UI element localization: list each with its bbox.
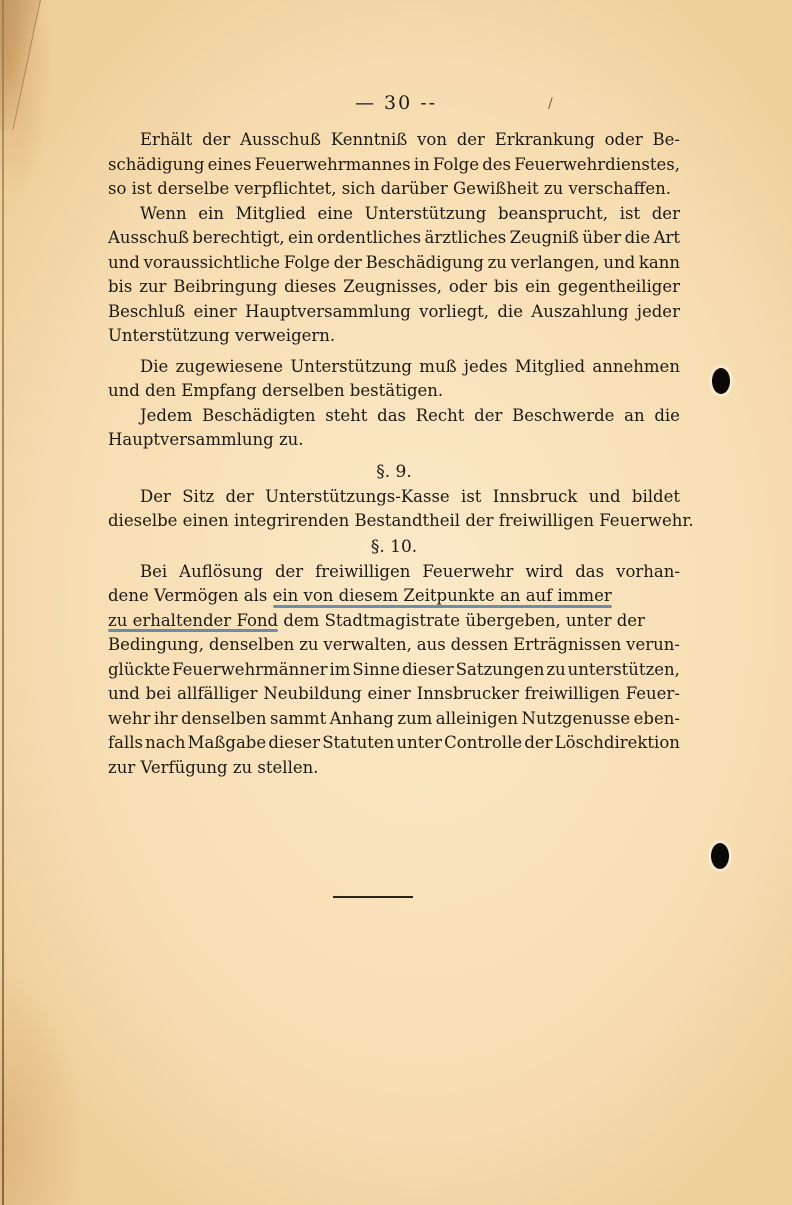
word: unter [396,731,442,756]
word: ärztliches [425,226,507,251]
word: der [652,202,680,227]
word: des [482,153,511,178]
word: die [654,404,680,429]
word: der [202,128,230,153]
word: aus [417,633,446,658]
word: dessen [451,633,509,658]
word: Beschädigung [366,251,484,276]
text-line: dene Vermögen als ein von diesem Zeitpun… [108,584,680,609]
word: kann [639,251,680,276]
word: Unterstützung [365,202,487,227]
word: Anhang [330,707,394,732]
word: nach [145,731,185,756]
word: zu [546,658,565,683]
word: ein [198,202,224,227]
word: Beibringung [173,275,277,300]
word: verwalten, [323,633,411,658]
word: denselben [181,707,266,732]
text-line: BeschlußeinerHauptversammlungvorliegt,di… [108,300,680,325]
text-line: dieselbe einen integrirenden Bestandthei… [108,509,680,534]
word: annehmen [592,355,680,380]
word: oder [449,275,487,300]
section-9-body: DerSitzderUnterstützungs-KasseistInnsbru… [108,485,680,534]
underlined-phrase: zu erhaltender Fond [108,609,278,634]
word: im [329,658,350,683]
word: allfälliger [177,682,257,707]
word: Folge [433,153,479,178]
word: der [524,731,552,756]
word: zu [488,251,507,276]
word: Maßgabe [188,731,266,756]
word: Kenntniß [331,128,407,153]
text-fragment: dem Stadtmagistrate übergeben, unter der [278,609,645,634]
word: Innsbruck [493,485,578,510]
word: ein [525,275,551,300]
paragraph-notification: ErhältderAusschußKenntnißvonderErkrankun… [108,128,680,202]
word: muß [419,355,456,380]
word: Nutzgenusse [522,707,631,732]
word: beansprucht, [498,202,608,227]
word: steht [325,404,367,429]
word: verlangen, [511,251,600,276]
word: schädigung [108,153,204,178]
word: Zeugnisses, [343,275,442,300]
section-10-body: BeiAuflösungderfreiwilligenFeuerwehrwird… [108,560,680,781]
word: Erträgnissen [513,633,621,658]
word: Beschädigten [202,404,316,429]
text-line: Ausschußberechtigt,einordentlichesärztli… [108,226,680,251]
text-line: ErhältderAusschußKenntnißvonderErkrankun… [108,128,680,153]
word: berechtigt, [192,226,284,251]
word: der [275,560,303,585]
word: verun- [626,633,680,658]
word: Mitglied [515,355,585,380]
word: alleinigen [436,707,518,732]
word: Feuerwehrmänner [172,658,327,683]
word: zum [397,707,432,732]
word: Controlle [444,731,522,756]
word: Löschdirektion [555,731,680,756]
word: vorliegt, [419,300,489,325]
word: Be- [653,128,680,153]
text-line: JedemBeschädigtenstehtdasRechtderBeschwe… [108,404,680,429]
word: eine [318,202,353,227]
word: gegentheiliger [558,275,680,300]
word: falls [108,731,143,756]
word: Neubildung [263,682,361,707]
word: dieses [284,275,336,300]
word: bis [494,275,518,300]
word: Feuerwehr [422,560,513,585]
word: denselben [209,633,294,658]
section-heading-10: §. 10. [108,534,680,560]
binding-hole [712,368,730,394]
word: zu [299,633,318,658]
word: wird [525,560,563,585]
text-line: so ist derselbe verpflichtet, sich darüb… [108,177,680,202]
ink-mark: / [548,96,553,112]
word: Erkrankung [495,128,595,153]
word: Erhält [140,128,192,153]
word: das [377,404,406,429]
word: ein [288,226,314,251]
word: und [108,251,140,276]
underlined-phrase: ein von diesem Zeitpunkte an auf immer [273,584,612,609]
text-line: DiezugewieseneUnterstützungmußjedesMitgl… [108,355,680,380]
word: Zeugniß [510,226,579,251]
word: zugewiesene [176,355,283,380]
text-line: DerSitzderUnterstützungs-KasseistInnsbru… [108,485,680,510]
text-line: BeiAuflösungderfreiwilligenFeuerwehrwird… [108,560,680,585]
word: Feuerwehrdienstes, [514,153,680,178]
word: vorhan- [616,560,680,585]
text-line: wehrihrdenselbensammtAnhangzumalleinigen… [108,707,680,732]
text-line: zu erhaltender Fond dem Stadtmagistrate … [108,609,680,634]
word: Unterstützungs-Kasse [265,485,450,510]
word: Ausschuß [108,226,189,251]
word: voraussichtliche [144,251,281,276]
word: Ausschuß [240,128,321,153]
text-line: WenneinMitgliedeineUnterstützungbeanspru… [108,202,680,227]
word: Art [654,226,680,251]
word: Feuer- [626,682,680,707]
word: dieser [402,658,454,683]
word: Feuerwehrmannes [255,153,411,178]
word: Die [140,355,168,380]
word: ist [461,485,481,510]
word: und [589,485,621,510]
word: Innsbrucker [417,682,519,707]
word: sammt [270,707,326,732]
text-line: undvoraussichtlicheFolgederBeschädigungz… [108,251,680,276]
word: Statuten [322,731,394,756]
text-line: Unterstützung verweigern. [108,324,680,349]
word: Auflösung [179,560,263,585]
word: Recht [416,404,465,429]
word: Bedingung, [108,633,204,658]
word: wehr [108,707,150,732]
text-line: schädigungeinesFeuerwehrmannesinFolgedes… [108,153,680,178]
word: Beschwerde [512,404,614,429]
word: einer [367,682,410,707]
text-line: undbeiallfälligerNeubildungeinerInnsbruc… [108,682,680,707]
word: Folge [284,251,330,276]
word: unterstützen, [568,658,680,683]
word: an [624,404,644,429]
word: ist [620,202,640,227]
page-number: — 30 -- [0,92,792,114]
text-line: fallsnachMaßgabedieserStatutenunterContr… [108,731,680,756]
word: einer [193,300,236,325]
page-left-edge [2,0,4,1205]
paragraph-support-claim: WenneinMitgliedeineUnterstützungbeanspru… [108,202,680,349]
word: Sitz [182,485,214,510]
word: und [603,251,635,276]
word: Bei [140,560,167,585]
word: Der [140,485,171,510]
word: bis [108,275,132,300]
word: freiwilligen [315,560,410,585]
word: der [334,251,362,276]
word: oder [605,128,643,153]
paragraph-acceptance: DiezugewieseneUnterstützungmußjedesMitgl… [108,355,680,404]
word: bei [146,682,172,707]
text-line: zur Verfügung zu stellen. [108,756,680,781]
text-line: Bedingung,denselbenzuverwalten,ausdessen… [108,633,680,658]
word: ordentliches [317,226,421,251]
word: eben- [634,707,680,732]
word: über [582,226,621,251]
word: der [474,404,502,429]
text-line: glückteFeuerwehrmännerimSinnedieserSatzu… [108,658,680,683]
word: bildet [632,485,680,510]
section-heading-9: §. 9. [108,459,680,485]
word: jedes [464,355,508,380]
word: Beschluß [108,300,185,325]
word: und [108,682,140,707]
text-fragment: dene Vermögen als [108,584,273,609]
paragraph-complaint: JedemBeschädigtenstehtdasRechtderBeschwe… [108,404,680,453]
word: Hauptversammlung [245,300,411,325]
word: Satzungen [456,658,545,683]
word: in [414,153,430,178]
word: glückte [108,658,170,683]
word: freiwilligen [525,682,620,707]
end-rule-divider [333,896,413,898]
word: die [625,226,651,251]
word: die [497,300,523,325]
document-page: — 30 -- / ErhältderAusschußKenntnißvonde… [0,0,792,1205]
word: eines [208,153,252,178]
word: der [226,485,254,510]
text-line: biszurBeibringungdiesesZeugnisses,oderbi… [108,275,680,300]
word: dieser [268,731,320,756]
word: Mitglied [236,202,306,227]
word: Sinne [352,658,400,683]
word: Jedem [140,404,192,429]
word: Wenn [140,202,187,227]
word: Unterstützung [290,355,412,380]
text-line: Hauptversammlung zu. [108,428,680,453]
word: Auszahlung [531,300,628,325]
word: ihr [154,707,178,732]
binding-hole [711,843,729,869]
word: der [457,128,485,153]
word: zur [139,275,166,300]
text-line: und den Empfang derselben bestätigen. [108,379,680,404]
word: jeder [637,300,680,325]
word: von [417,128,447,153]
body-text: ErhältderAusschußKenntnißvonderErkrankun… [108,128,680,780]
word: das [575,560,604,585]
